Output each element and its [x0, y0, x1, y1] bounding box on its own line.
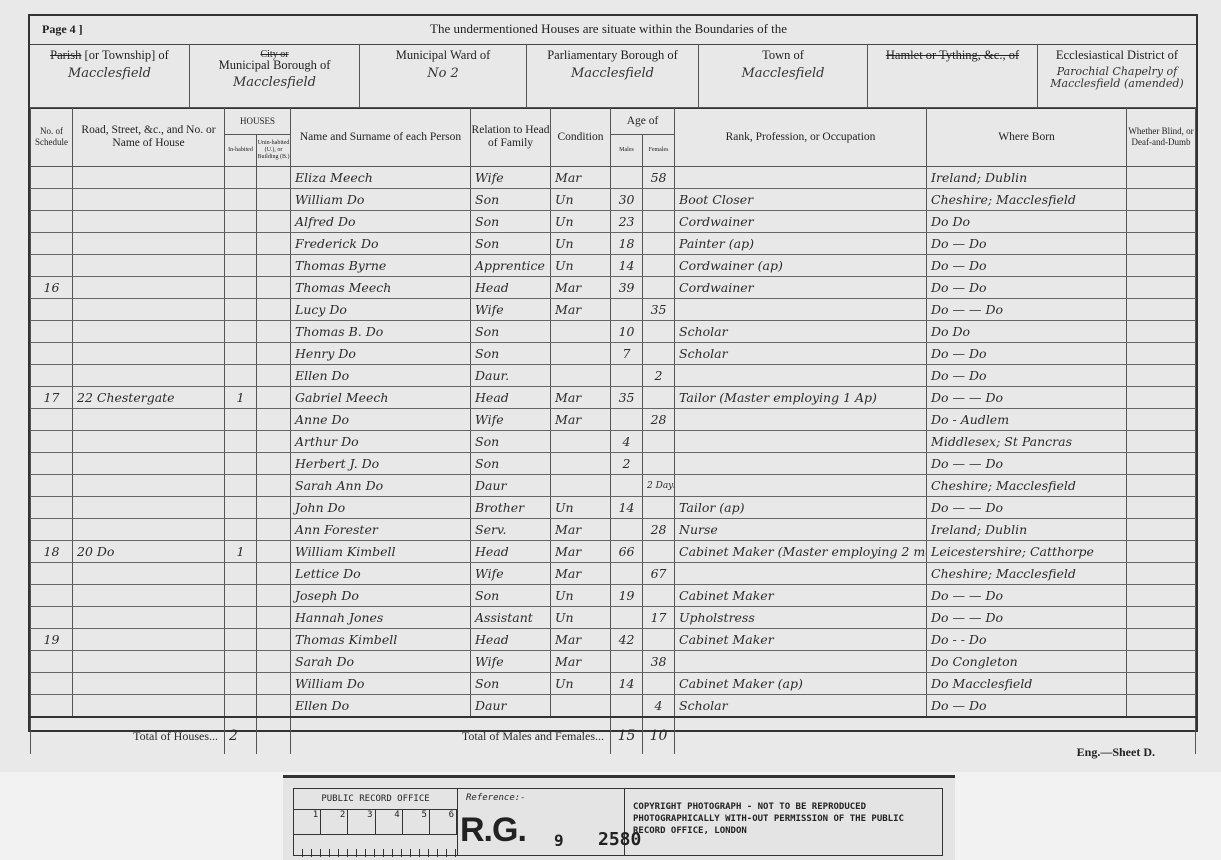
cell-road [73, 233, 225, 255]
scale-number: 2 [321, 810, 348, 834]
cell-occupation: Painter (ap) [675, 233, 927, 255]
cell-road [73, 365, 225, 387]
cell-schedule [31, 519, 73, 541]
cell-inhabited [225, 365, 257, 387]
cell-schedule [31, 453, 73, 475]
cell-relation: Son [471, 431, 551, 453]
cell-male-age: 66 [611, 541, 643, 563]
cell-condition [551, 475, 611, 497]
cell-relation: Son [471, 673, 551, 695]
cell-road [73, 585, 225, 607]
cell-name: Hannah Jones [291, 607, 471, 629]
cell-relation: Assistant [471, 607, 551, 629]
cell-name: Herbert J. Do [291, 453, 471, 475]
area-value: No 2 [360, 66, 526, 81]
cell-condition: Mar [551, 519, 611, 541]
cell-relation: Head [471, 541, 551, 563]
table-row: 16Thomas MeechHeadMar39CordwainerDo — Do [31, 277, 1196, 299]
cell-road [73, 651, 225, 673]
cell-occupation: Cordwainer [675, 277, 927, 299]
total-females: 10 [643, 717, 675, 754]
cell-uninhabited [257, 585, 291, 607]
cell-uninhabited [257, 695, 291, 718]
cell-born: Do — — Do [927, 387, 1127, 409]
cell-born: Do - Audlem [927, 409, 1127, 431]
area-parliamentary-borough: Parliamentary Borough of Macclesfield [527, 44, 699, 107]
cell-name: Thomas Kimbell [291, 629, 471, 651]
cell-blind [1127, 563, 1196, 585]
table-row: Hannah JonesAssistantUn17UpholstressDo —… [31, 607, 1196, 629]
cell-relation: Daur [471, 695, 551, 718]
cell-name: Ann Forester [291, 519, 471, 541]
cell-occupation [675, 167, 927, 189]
cell-born: Do Do [927, 211, 1127, 233]
cell-blind [1127, 299, 1196, 321]
cell-occupation: Cordwainer (ap) [675, 255, 927, 277]
cell-relation: Son [471, 585, 551, 607]
col-born: Where Born [927, 108, 1127, 167]
cell-born: Do — Do [927, 695, 1127, 718]
cell-male-age: 19 [611, 585, 643, 607]
cell-blind [1127, 189, 1196, 211]
cell-female-age [643, 453, 675, 475]
cell-blind [1127, 409, 1196, 431]
scale-number: 1 [294, 810, 321, 834]
cell-born: Do Do [927, 321, 1127, 343]
area-town: Town of Macclesfield [699, 44, 868, 107]
cell-occupation: Cabinet Maker [675, 585, 927, 607]
cell-schedule [31, 497, 73, 519]
cell-blind [1127, 541, 1196, 563]
cell-uninhabited [257, 299, 291, 321]
cell-male-age: 14 [611, 497, 643, 519]
area-value: Macclesfield [190, 75, 359, 90]
total-males: 15 [611, 717, 643, 754]
cell-born: Do Macclesfield [927, 673, 1127, 695]
cell-occupation [675, 299, 927, 321]
cell-blind [1127, 321, 1196, 343]
area-municipal-borough: City orMunicipal Borough of Macclesfield [190, 44, 360, 107]
cell-uninhabited [257, 607, 291, 629]
cell-schedule [31, 475, 73, 497]
area-value: Parochial Chapelry of Macclesfield (amen… [1038, 66, 1196, 90]
cell-female-age: 58 [643, 167, 675, 189]
cell-blind [1127, 519, 1196, 541]
cell-name: William Do [291, 189, 471, 211]
cell-name: Lettice Do [291, 563, 471, 585]
scale-number: 6 [430, 810, 457, 834]
cell-uninhabited [257, 497, 291, 519]
cell-uninhabited [257, 277, 291, 299]
cell-male-age: 18 [611, 233, 643, 255]
cell-name: Sarah Ann Do [291, 475, 471, 497]
cell-inhabited [225, 255, 257, 277]
area-value: Macclesfield [30, 66, 189, 81]
cell-born: Cheshire; Macclesfield [927, 563, 1127, 585]
cell-schedule [31, 211, 73, 233]
cell-inhabited [225, 409, 257, 431]
cell-road: 20 Do [73, 541, 225, 563]
cell-occupation [675, 651, 927, 673]
cell-born: Do - - Do [927, 629, 1127, 651]
table-row: 1722 Chestergate1Gabriel MeechHeadMar35T… [31, 387, 1196, 409]
cell-uninhabited [257, 387, 291, 409]
cell-condition: Mar [551, 409, 611, 431]
cell-schedule [31, 673, 73, 695]
area-label: Municipal Borough of [219, 58, 331, 72]
cell-blind [1127, 365, 1196, 387]
cell-occupation: Tailor (ap) [675, 497, 927, 519]
cell-road [73, 189, 225, 211]
cell-inhabited [225, 607, 257, 629]
cell-female-age: 28 [643, 519, 675, 541]
cell-male-age [611, 695, 643, 718]
cell-schedule [31, 343, 73, 365]
col-blind: Whether Blind, or Deaf-and-Dumb [1127, 108, 1196, 167]
cell-schedule [31, 167, 73, 189]
cell-male-age [611, 607, 643, 629]
cell-blind [1127, 233, 1196, 255]
cell-occupation [675, 475, 927, 497]
cell-male-age: 42 [611, 629, 643, 651]
cell-female-age [643, 585, 675, 607]
cell-schedule: 16 [31, 277, 73, 299]
cell-born: Middlesex; St Pancras [927, 431, 1127, 453]
cell-relation: Son [471, 233, 551, 255]
cell-occupation: Cabinet Maker (ap) [675, 673, 927, 695]
cell-relation: Wife [471, 409, 551, 431]
cell-road [73, 695, 225, 718]
cell-inhabited: 1 [225, 387, 257, 409]
cell-relation: Wife [471, 299, 551, 321]
cell-female-age: 67 [643, 563, 675, 585]
cell-name: Joseph Do [291, 585, 471, 607]
cell-schedule [31, 409, 73, 431]
cell-occupation: Scholar [675, 695, 927, 718]
cell-male-age: 35 [611, 387, 643, 409]
cell-male-age: 4 [611, 431, 643, 453]
cell-uninhabited [257, 541, 291, 563]
cell-female-age [643, 211, 675, 233]
table-row: Lucy DoWifeMar35Do — — Do [31, 299, 1196, 321]
table-row: Anne DoWifeMar28Do - Audlem [31, 409, 1196, 431]
cell-born: Do — — Do [927, 453, 1127, 475]
cell-condition [551, 321, 611, 343]
cell-condition: Un [551, 233, 611, 255]
cell-female-age [643, 277, 675, 299]
table-row: Joseph DoSonUn19Cabinet MakerDo — — Do [31, 585, 1196, 607]
cell-occupation [675, 431, 927, 453]
cell-blind [1127, 387, 1196, 409]
cell-uninhabited [257, 189, 291, 211]
cell-road [73, 277, 225, 299]
cell-blind [1127, 651, 1196, 673]
cell-blind [1127, 255, 1196, 277]
cell-inhabited [225, 343, 257, 365]
cell-relation: Wife [471, 651, 551, 673]
cell-female-age: 2 Days [643, 475, 675, 497]
area-label: Parliamentary Borough of [547, 48, 678, 62]
cell-inhabited [225, 673, 257, 695]
cell-name: Gabriel Meech [291, 387, 471, 409]
cell-uninhabited [257, 563, 291, 585]
cell-born: Cheshire; Macclesfield [927, 475, 1127, 497]
cell-name: John Do [291, 497, 471, 519]
cell-schedule [31, 233, 73, 255]
cell-uninhabited [257, 409, 291, 431]
form-top-row: Page 4 ] The undermentioned Houses are s… [30, 16, 1196, 45]
scale-numbers: 1 2 3 4 5 6 [294, 810, 457, 835]
cell-condition [551, 453, 611, 475]
cell-inhabited [225, 299, 257, 321]
cell-occupation: Cordwainer [675, 211, 927, 233]
scale-number: 3 [348, 810, 375, 834]
area-label-struck: Parish [50, 48, 81, 62]
table-row: Thomas B. DoSon10ScholarDo Do [31, 321, 1196, 343]
cell-male-age: 14 [611, 255, 643, 277]
cell-schedule: 19 [31, 629, 73, 651]
cell-blind [1127, 673, 1196, 695]
cell-condition: Un [551, 497, 611, 519]
cell-male-age [611, 409, 643, 431]
cell-condition: Un [551, 189, 611, 211]
cell-name: William Do [291, 673, 471, 695]
col-uninhabited: Unin-habited (U.), or Building (B.) [257, 135, 291, 167]
cell-condition: Mar [551, 563, 611, 585]
sheet-id: Eng.—Sheet D. [1077, 745, 1155, 760]
totals-row: Total of Houses... 2 Total of Males and … [31, 717, 1196, 754]
table-row: Eliza MeechWifeMar58Ireland; Dublin [31, 167, 1196, 189]
cell-schedule: 18 [31, 541, 73, 563]
cell-uninhabited [257, 343, 291, 365]
cell-blind [1127, 695, 1196, 718]
cell-relation: Wife [471, 563, 551, 585]
cell-blind [1127, 431, 1196, 453]
cell-condition: Mar [551, 387, 611, 409]
cell-male-age [611, 651, 643, 673]
cell-occupation: Boot Closer [675, 189, 927, 211]
cell-born: Do — Do [927, 343, 1127, 365]
total-houses-label: Total of Houses... [31, 717, 225, 754]
table-row: William DoSonUn14Cabinet Maker (ap)Do Ma… [31, 673, 1196, 695]
cell-male-age [611, 475, 643, 497]
reference-folio: 2580 [598, 829, 641, 850]
cell-condition [551, 695, 611, 718]
cell-female-age [643, 255, 675, 277]
cell-schedule: 17 [31, 387, 73, 409]
cell-uninhabited [257, 629, 291, 651]
cell-male-age: 7 [611, 343, 643, 365]
cell-name: Ellen Do [291, 365, 471, 387]
cell-inhabited [225, 189, 257, 211]
reference-piece: 9 [554, 831, 564, 850]
cell-inhabited [225, 211, 257, 233]
col-name: Name and Surname of each Person [291, 108, 471, 167]
cell-relation: Wife [471, 167, 551, 189]
cell-road [73, 211, 225, 233]
area-label-struck: Hamlet or Tything, &c., of [886, 48, 1019, 62]
cell-female-age [643, 387, 675, 409]
table-row: Herbert J. DoSon2Do — — Do [31, 453, 1196, 475]
cell-road [73, 343, 225, 365]
cell-schedule [31, 651, 73, 673]
table-row: Ellen DoDaur4ScholarDo — Do [31, 695, 1196, 718]
cell-blind [1127, 277, 1196, 299]
cell-road [73, 321, 225, 343]
cell-blind [1127, 211, 1196, 233]
cell-inhabited [225, 233, 257, 255]
cell-female-age [643, 321, 675, 343]
cell-blind [1127, 607, 1196, 629]
cell-uninhabited [257, 651, 291, 673]
cell-occupation: Upholstress [675, 607, 927, 629]
cell-inhabited: 1 [225, 541, 257, 563]
cell-relation: Head [471, 629, 551, 651]
total-uninhabited [257, 717, 291, 754]
boundaries-title: The undermentioned Houses are situate wi… [430, 21, 787, 37]
cell-born: Do Congleton [927, 651, 1127, 673]
cell-blind [1127, 585, 1196, 607]
cell-schedule [31, 431, 73, 453]
cell-condition [551, 343, 611, 365]
cell-occupation: Cabinet Maker [675, 629, 927, 651]
cell-name: William Kimbell [291, 541, 471, 563]
cell-occupation: Cabinet Maker (Master employing 2 men & … [675, 541, 927, 563]
cell-male-age [611, 299, 643, 321]
cell-male-age [611, 563, 643, 585]
col-males: Males [611, 135, 643, 167]
cell-female-age: 35 [643, 299, 675, 321]
area-label: Town of [762, 48, 804, 62]
cell-inhabited [225, 651, 257, 673]
col-houses: HOUSES [225, 108, 291, 135]
census-table: No. of Schedule Road, Street, &c., and N… [30, 107, 1196, 754]
cell-male-age: 10 [611, 321, 643, 343]
total-houses-value: 2 [225, 717, 257, 754]
table-row: 19Thomas KimbellHeadMar42Cabinet MakerDo… [31, 629, 1196, 651]
cell-inhabited [225, 475, 257, 497]
cell-schedule [31, 563, 73, 585]
cell-road [73, 431, 225, 453]
cell-born: Do — Do [927, 255, 1127, 277]
cell-inhabited [225, 321, 257, 343]
area-ecclesiastical-district: Ecclesiastical District of Parochial Cha… [1038, 44, 1196, 107]
area-value: Macclesfield [527, 66, 698, 81]
col-schedule: No. of Schedule [31, 108, 73, 167]
cell-uninhabited [257, 167, 291, 189]
pro-scale: PUBLIC RECORD OFFICE 1 2 3 4 5 6 [294, 789, 458, 855]
table-row: Arthur DoSon4Middlesex; St Pancras [31, 431, 1196, 453]
census-form: Page 4 ] The undermentioned Houses are s… [28, 14, 1198, 732]
reference-series: R.G. [460, 811, 526, 850]
cell-born: Do — — Do [927, 585, 1127, 607]
cell-born: Do — Do [927, 233, 1127, 255]
cell-male-age: 39 [611, 277, 643, 299]
cell-schedule [31, 607, 73, 629]
cell-blind [1127, 497, 1196, 519]
cell-road [73, 607, 225, 629]
cell-occupation [675, 365, 927, 387]
area-label: Municipal Ward of [396, 48, 491, 62]
cell-blind [1127, 167, 1196, 189]
cell-born: Ireland; Dublin [927, 519, 1127, 541]
cell-male-age: 23 [611, 211, 643, 233]
area-label: [or Township] of [85, 48, 169, 62]
cell-female-age: 38 [643, 651, 675, 673]
cell-born: Do — — Do [927, 607, 1127, 629]
cell-female-age: 28 [643, 409, 675, 431]
col-inhabited: In-habited [225, 135, 257, 167]
table-row: Ellen DoDaur.2Do — Do [31, 365, 1196, 387]
area-value: Macclesfield [699, 66, 867, 81]
cell-occupation: Tailor (Master employing 1 Ap) [675, 387, 927, 409]
cell-male-age: 2 [611, 453, 643, 475]
cell-male-age: 14 [611, 673, 643, 695]
cell-name: Thomas Meech [291, 277, 471, 299]
pro-title: PUBLIC RECORD OFFICE [294, 789, 457, 810]
cell-blind [1127, 629, 1196, 651]
reference-label: Reference:- [466, 793, 526, 803]
area-label: Ecclesiastical District of [1056, 48, 1178, 62]
cell-road [73, 497, 225, 519]
cell-uninhabited [257, 673, 291, 695]
cell-name: Alfred Do [291, 211, 471, 233]
public-record-office-stamp: PUBLIC RECORD OFFICE 1 2 3 4 5 6 Referen… [283, 775, 955, 860]
cell-inhabited [225, 629, 257, 651]
copyright-notice: COPYRIGHT PHOTOGRAPH - NOT TO BE REPRODU… [625, 789, 942, 855]
cell-relation: Son [471, 343, 551, 365]
cell-name: Ellen Do [291, 695, 471, 718]
cell-condition: Mar [551, 629, 611, 651]
cell-occupation [675, 409, 927, 431]
cell-name: Sarah Do [291, 651, 471, 673]
total-persons-label: Total of Males and Females... [291, 717, 611, 754]
cell-uninhabited [257, 475, 291, 497]
cell-relation: Head [471, 387, 551, 409]
cell-road [73, 299, 225, 321]
col-relation: Relation to Head of Family [471, 108, 551, 167]
cell-condition: Un [551, 585, 611, 607]
cell-relation: Son [471, 189, 551, 211]
table-row: Lettice DoWifeMar67Cheshire; Macclesfiel… [31, 563, 1196, 585]
cell-road [73, 167, 225, 189]
cell-condition: Un [551, 255, 611, 277]
cell-condition: Un [551, 607, 611, 629]
census-rows: Eliza MeechWifeMar58Ireland; DublinWilli… [31, 167, 1196, 718]
col-condition: Condition [551, 108, 611, 167]
table-row: Henry DoSon7ScholarDo — Do [31, 343, 1196, 365]
cell-blind [1127, 475, 1196, 497]
cell-name: Thomas Byrne [291, 255, 471, 277]
table-row: William DoSonUn30Boot CloserCheshire; Ma… [31, 189, 1196, 211]
col-occupation: Rank, Profession, or Occupation [675, 108, 927, 167]
ruler-ticks [294, 835, 457, 857]
table-row: Sarah Ann DoDaur2 DaysCheshire; Macclesf… [31, 475, 1196, 497]
page-label: Page 4 ] [42, 22, 83, 37]
cell-schedule [31, 299, 73, 321]
cell-name: Henry Do [291, 343, 471, 365]
cell-road [73, 409, 225, 431]
cell-female-age [643, 431, 675, 453]
cell-road [73, 629, 225, 651]
cell-uninhabited [257, 519, 291, 541]
cell-relation: Son [471, 453, 551, 475]
cell-name: Lucy Do [291, 299, 471, 321]
cell-born: Ireland; Dublin [927, 167, 1127, 189]
cell-blind [1127, 343, 1196, 365]
cell-condition: Mar [551, 651, 611, 673]
cell-road [73, 453, 225, 475]
